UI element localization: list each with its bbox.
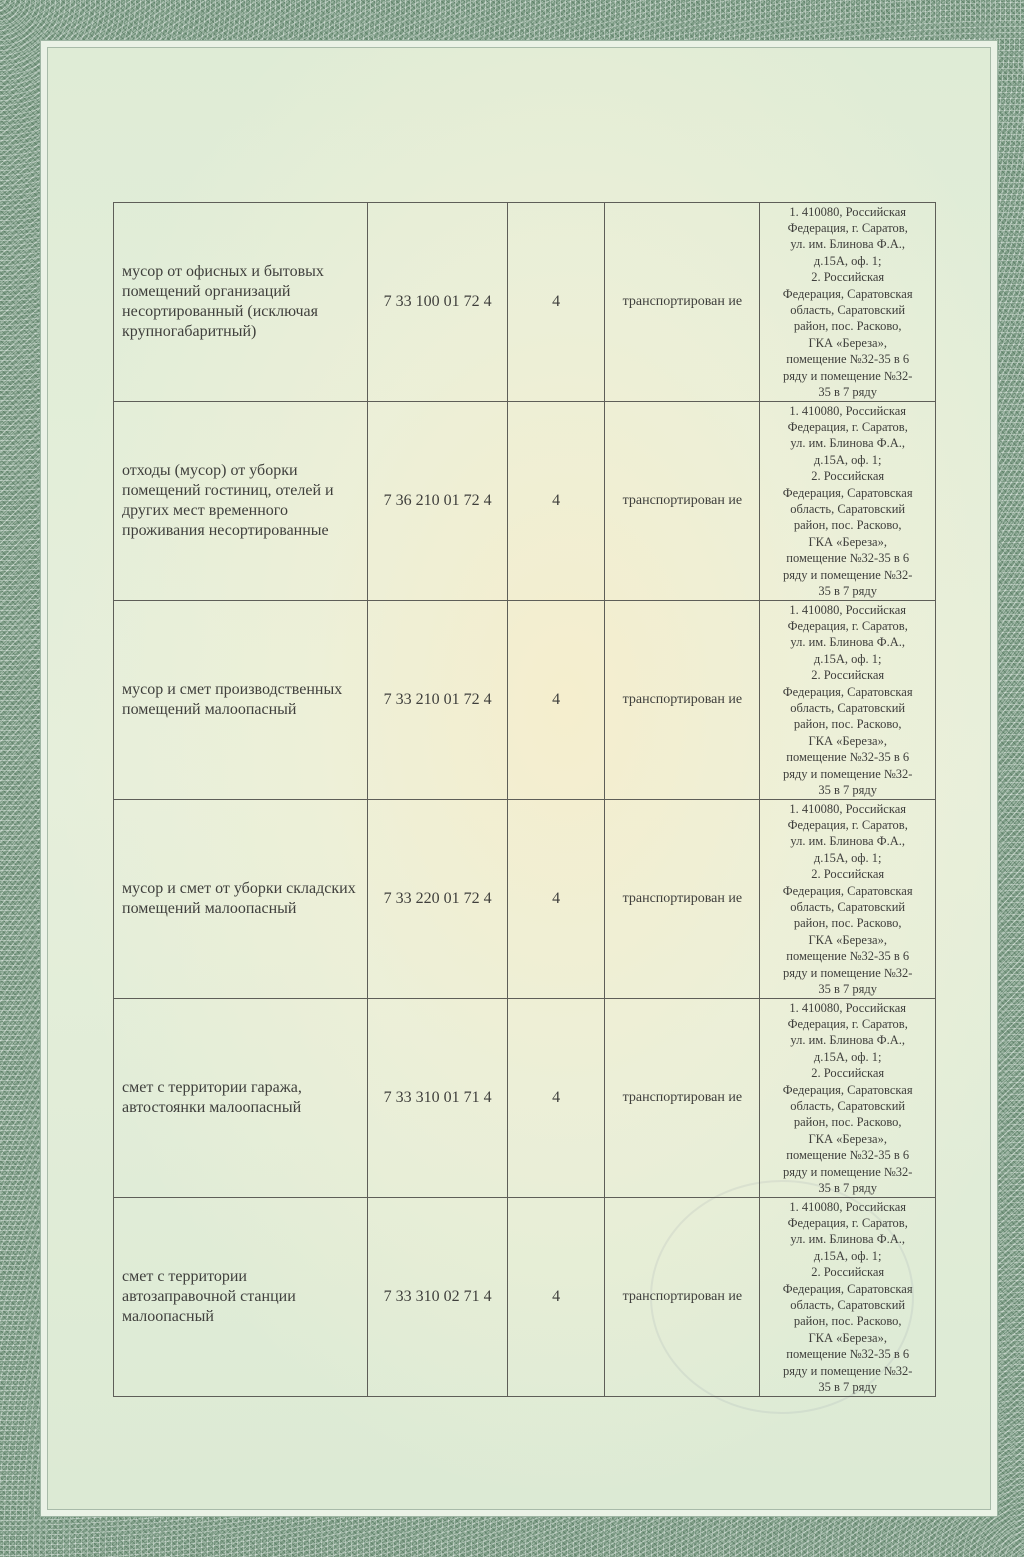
waste-table-body: мусор от офисных и бытовых помещений орг… bbox=[114, 203, 936, 1397]
address-line: 1. 410080, Российская bbox=[763, 1199, 932, 1215]
address-line: ул. им. Блинова Ф.А., bbox=[763, 833, 932, 849]
fkko-code-cell: 7 33 100 01 72 4 bbox=[368, 203, 508, 402]
address-cell: 1. 410080, РоссийскаяФедерация, г. Сарат… bbox=[760, 203, 936, 402]
address-cell: 1. 410080, РоссийскаяФедерация, г. Сарат… bbox=[760, 999, 936, 1198]
address-line: д.15А, оф. 1; bbox=[763, 1049, 932, 1065]
waste-name-cell: мусор и смет производственных помещений … bbox=[114, 601, 368, 800]
address-line: район, пос. Расково, bbox=[763, 318, 932, 334]
address-line: Федерация, г. Саратов, bbox=[763, 618, 932, 634]
waste-name-cell: мусор и смет от уборки складских помещен… bbox=[114, 800, 368, 999]
address-line: помещение №32-35 в 6 bbox=[763, 550, 932, 566]
address-line: область, Саратовский bbox=[763, 700, 932, 716]
table-row: мусор и смет производственных помещений … bbox=[114, 601, 936, 800]
address-line: 1. 410080, Российская bbox=[763, 1000, 932, 1016]
address-line: ряду и помещение №32- bbox=[763, 965, 932, 981]
address-line: 1. 410080, Российская bbox=[763, 403, 932, 419]
address-cell: 1. 410080, РоссийскаяФедерация, г. Сарат… bbox=[760, 402, 936, 601]
hazard-class-cell: 4 bbox=[507, 999, 604, 1198]
address-line: Федерация, Саратовская bbox=[763, 883, 932, 899]
address-line: ГКА «Береза», bbox=[763, 932, 932, 948]
address-line: ряду и помещение №32- bbox=[763, 1363, 932, 1379]
table-row: мусор от офисных и бытовых помещений орг… bbox=[114, 203, 936, 402]
table-row: смет с территории гаража, автостоянки ма… bbox=[114, 999, 936, 1198]
address-line: 35 в 7 ряду bbox=[763, 782, 932, 798]
hazard-class-cell: 4 bbox=[507, 601, 604, 800]
activity-type-cell: транспортирован ие bbox=[605, 601, 760, 800]
activity-type-cell: транспортирован ие bbox=[605, 402, 760, 601]
address-line: район, пос. Расково, bbox=[763, 716, 932, 732]
address-line: д.15А, оф. 1; bbox=[763, 452, 932, 468]
table-row: мусор и смет от уборки складских помещен… bbox=[114, 800, 936, 999]
hazard-class-cell: 4 bbox=[507, 1198, 604, 1397]
activity-type-cell: транспортирован ие bbox=[605, 203, 760, 402]
address-line: Федерация, г. Саратов, bbox=[763, 817, 932, 833]
address-line: ул. им. Блинова Ф.А., bbox=[763, 1032, 932, 1048]
address-line: ГКА «Береза», bbox=[763, 534, 932, 550]
address-line: Федерация, Саратовская bbox=[763, 286, 932, 302]
address-line: ряду и помещение №32- bbox=[763, 368, 932, 384]
address-line: область, Саратовский bbox=[763, 501, 932, 517]
waste-name-cell: отходы (мусор) от уборки помещений гости… bbox=[114, 402, 368, 601]
address-line: ул. им. Блинова Ф.А., bbox=[763, 1231, 932, 1247]
address-line: д.15А, оф. 1; bbox=[763, 253, 932, 269]
waste-table: мусор от офисных и бытовых помещений орг… bbox=[113, 202, 936, 1397]
address-line: Федерация, г. Саратов, bbox=[763, 419, 932, 435]
address-line: ул. им. Блинова Ф.А., bbox=[763, 634, 932, 650]
table-row: отходы (мусор) от уборки помещений гости… bbox=[114, 402, 936, 601]
activity-type-cell: транспортирован ие bbox=[605, 1198, 760, 1397]
address-line: 1. 410080, Российская bbox=[763, 602, 932, 618]
address-line: ГКА «Береза», bbox=[763, 1330, 932, 1346]
address-line: область, Саратовский bbox=[763, 1098, 932, 1114]
fkko-code-cell: 7 33 310 01 71 4 bbox=[368, 999, 508, 1198]
hazard-class-cell: 4 bbox=[507, 402, 604, 601]
address-line: 2. Российская bbox=[763, 1065, 932, 1081]
address-line: область, Саратовский bbox=[763, 1297, 932, 1313]
fkko-code-cell: 7 33 210 01 72 4 bbox=[368, 601, 508, 800]
activity-type-cell: транспортирован ие bbox=[605, 800, 760, 999]
address-line: ГКА «Береза», bbox=[763, 335, 932, 351]
address-line: 35 в 7 ряду bbox=[763, 384, 932, 400]
hazard-class-cell: 4 bbox=[507, 203, 604, 402]
address-line: помещение №32-35 в 6 bbox=[763, 948, 932, 964]
address-line: д.15А, оф. 1; bbox=[763, 651, 932, 667]
address-line: помещение №32-35 в 6 bbox=[763, 1147, 932, 1163]
address-line: ул. им. Блинова Ф.А., bbox=[763, 435, 932, 451]
address-line: д.15А, оф. 1; bbox=[763, 850, 932, 866]
activity-type-cell: транспортирован ие bbox=[605, 999, 760, 1198]
address-line: 1. 410080, Российская bbox=[763, 204, 932, 220]
table-row: смет с территории автозаправочной станци… bbox=[114, 1198, 936, 1397]
address-line: помещение №32-35 в 6 bbox=[763, 1346, 932, 1362]
address-cell: 1. 410080, РоссийскаяФедерация, г. Сарат… bbox=[760, 1198, 936, 1397]
address-line: д.15А, оф. 1; bbox=[763, 1248, 932, 1264]
address-cell: 1. 410080, РоссийскаяФедерация, г. Сарат… bbox=[760, 800, 936, 999]
waste-name-cell: мусор от офисных и бытовых помещений орг… bbox=[114, 203, 368, 402]
address-line: 2. Российская bbox=[763, 468, 932, 484]
waste-name-cell: смет с территории гаража, автостоянки ма… bbox=[114, 999, 368, 1198]
address-line: помещение №32-35 в 6 bbox=[763, 351, 932, 367]
address-line: Федерация, Саратовская bbox=[763, 1281, 932, 1297]
fkko-code-cell: 7 36 210 01 72 4 bbox=[368, 402, 508, 601]
address-line: область, Саратовский bbox=[763, 899, 932, 915]
address-line: 2. Российская bbox=[763, 667, 932, 683]
address-line: ГКА «Береза», bbox=[763, 733, 932, 749]
address-line: Федерация, г. Саратов, bbox=[763, 220, 932, 236]
address-line: Федерация, Саратовская bbox=[763, 485, 932, 501]
address-line: ряду и помещение №32- bbox=[763, 567, 932, 583]
address-line: район, пос. Расково, bbox=[763, 1114, 932, 1130]
address-line: 2. Российская bbox=[763, 269, 932, 285]
waste-name-cell: смет с территории автозаправочной станци… bbox=[114, 1198, 368, 1397]
address-line: Федерация, г. Саратов, bbox=[763, 1215, 932, 1231]
address-line: район, пос. Расково, bbox=[763, 1313, 932, 1329]
address-line: ряду и помещение №32- bbox=[763, 766, 932, 782]
address-line: 2. Российская bbox=[763, 1264, 932, 1280]
address-line: Федерация, г. Саратов, bbox=[763, 1016, 932, 1032]
address-cell: 1. 410080, РоссийскаяФедерация, г. Сарат… bbox=[760, 601, 936, 800]
address-line: помещение №32-35 в 6 bbox=[763, 749, 932, 765]
address-line: 35 в 7 ряду bbox=[763, 1180, 932, 1196]
address-line: 1. 410080, Российская bbox=[763, 801, 932, 817]
address-line: Федерация, Саратовская bbox=[763, 1082, 932, 1098]
address-line: район, пос. Расково, bbox=[763, 915, 932, 931]
address-line: 35 в 7 ряду bbox=[763, 583, 932, 599]
address-line: ул. им. Блинова Ф.А., bbox=[763, 236, 932, 252]
address-line: ряду и помещение №32- bbox=[763, 1164, 932, 1180]
fkko-code-cell: 7 33 310 02 71 4 bbox=[368, 1198, 508, 1397]
address-line: 35 в 7 ряду bbox=[763, 1379, 932, 1395]
address-line: 35 в 7 ряду bbox=[763, 981, 932, 997]
hazard-class-cell: 4 bbox=[507, 800, 604, 999]
address-line: Федерация, Саратовская bbox=[763, 684, 932, 700]
address-line: область, Саратовский bbox=[763, 302, 932, 318]
fkko-code-cell: 7 33 220 01 72 4 bbox=[368, 800, 508, 999]
address-line: район, пос. Расково, bbox=[763, 517, 932, 533]
address-line: ГКА «Береза», bbox=[763, 1131, 932, 1147]
address-line: 2. Российская bbox=[763, 866, 932, 882]
